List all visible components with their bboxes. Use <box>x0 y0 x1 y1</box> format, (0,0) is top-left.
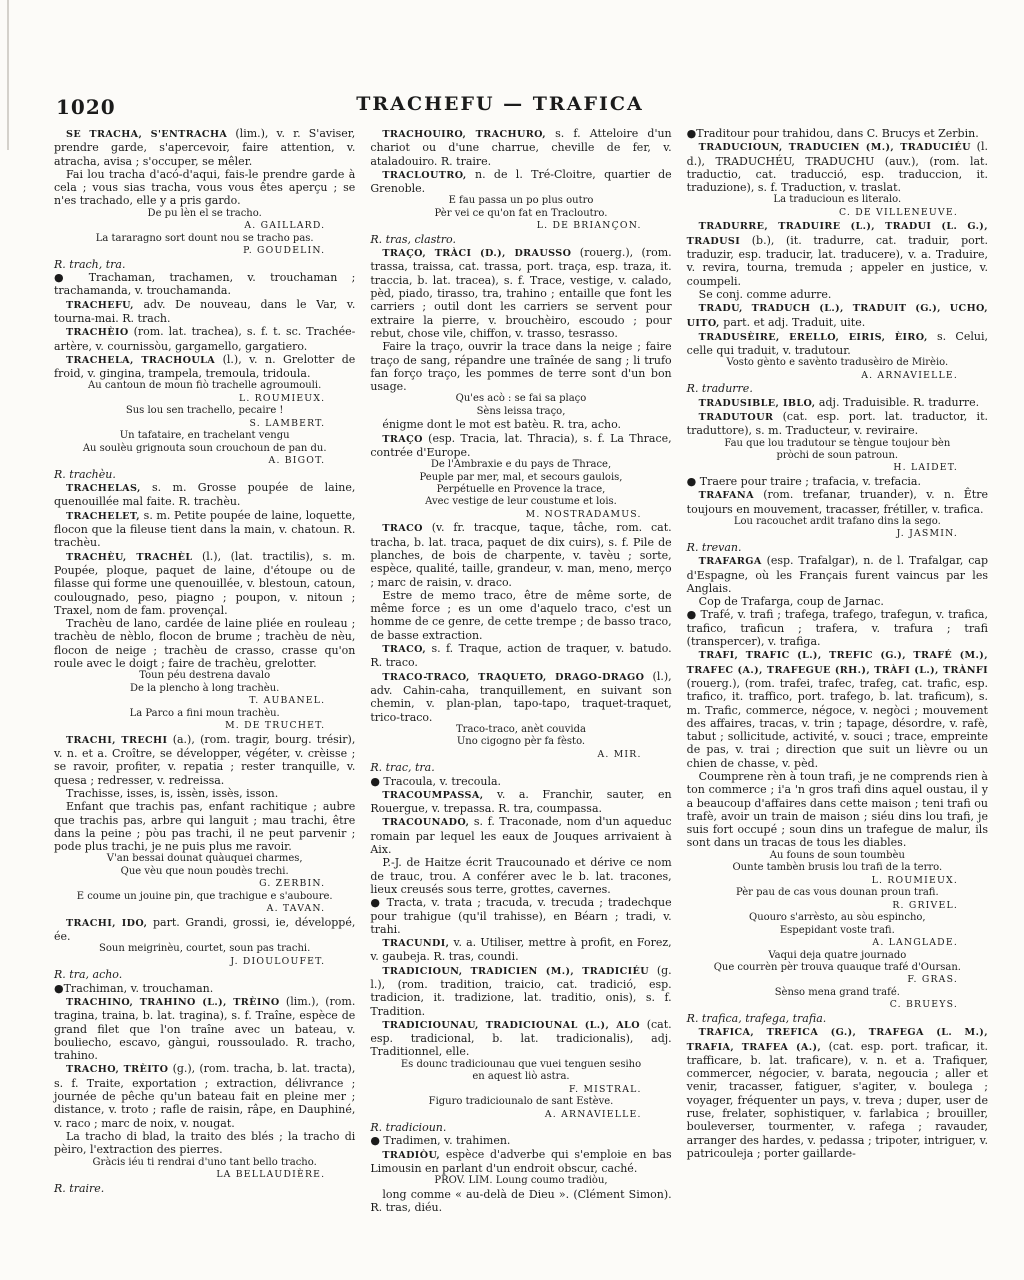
verse-line: Es dounc tradiciounau que vuei tenguen s… <box>370 1059 671 1071</box>
verse-line: Avec vestige de leur coustume et lois. <box>370 496 671 508</box>
dictionary-entry: TRAÇO (esp. Tracia, lat. Thracia), s. f.… <box>370 432 671 460</box>
etymology-reference: R. trac, tra. <box>370 761 671 774</box>
author-attribution: C. DE VILLENEUVE. <box>687 207 988 220</box>
dictionary-entry: SE TRACHA, S'ENTRACHA (lim.), v. r. S'av… <box>54 127 355 168</box>
variant-note: ●Traditour pour trahidou, dans C. Brucys… <box>687 127 988 140</box>
verse-line: Sèns leissa traço, <box>370 406 671 418</box>
example-paragraph: Faire la traço, ouvrir la trace dans la … <box>370 340 671 393</box>
variant-note: ● Trachaman, trachamen, v. trouchaman ; … <box>54 271 355 298</box>
dictionary-entry: TRADUCIOUN, TRADUCIEN (M.), TRADUCIÉU (l… <box>687 140 988 194</box>
dictionary-entry: TRACOUMPASSA, v. a. Franchir, sauter, en… <box>370 788 671 816</box>
variant-note: ● Tracta, v. trata ; tracuda, v. trecuda… <box>370 896 671 936</box>
verse-line: Que courrèn pèr trouva quauque trafé d'O… <box>687 962 988 974</box>
headword: TRACHÈU, TRACHÈL <box>66 552 192 563</box>
dictionary-entry: TRADURRE, TRADUIRE (L.), TRADUI (L. G.),… <box>687 219 988 287</box>
quotation-verse: Lou racouchet ardit trafano dins la sego… <box>687 516 988 528</box>
verse-line: V'an bessai dounat quàuquei charmes, <box>54 853 355 865</box>
author-attribution: M. DE TRUCHET. <box>54 720 355 733</box>
headword: TRADICIOUNAU, TRADICIOUNAL (L.), ALO <box>382 1020 640 1031</box>
dictionary-entry: TRAFICA, TREFICA (G.), TRAFEGA (L. M.), … <box>687 1025 988 1160</box>
etymology-reference: R. trach, tra. <box>54 258 355 271</box>
dictionary-entry: TRAÇO, TRÀCI (D.), DRAUSSO (rouerg.), (r… <box>370 246 671 340</box>
headword: TRACUNDI, <box>382 938 449 949</box>
example-paragraph: énigme dont le mot est batèu. R. tra, ac… <box>370 418 671 431</box>
verse-line: Vaqui deja quatre journado <box>687 950 988 962</box>
headword: TRACO-TRACO, TRAQUETO, DRAGO-DRAGO <box>382 672 644 683</box>
verse-line: Peuple par mer, mal, et secours gaulois, <box>370 472 671 484</box>
quotation-verse: Figuro tradiciounalo de sant Estève. <box>370 1096 671 1108</box>
dictionary-entry: TRACHI, TRECHI (a.), (rom. tragir, bourg… <box>54 733 355 787</box>
headword: TRADUSÈIRE, ERELLO, EIRIS, ÈIRO, <box>699 332 928 343</box>
author-attribution: A. ARNAVIELLE. <box>370 1109 671 1122</box>
author-attribution: F. MISTRAL. <box>370 1084 671 1097</box>
quotation-verse: Quouro s'arrèsto, au sòu espincho,Espepi… <box>687 912 988 937</box>
etymology-reference: R. tra, acho. <box>54 968 355 981</box>
example-paragraph: Coumprene rèn à toun trafi, je ne compre… <box>687 770 988 850</box>
example-paragraph: long comme « au-delà de Dieu ». (Clément… <box>370 1188 671 1215</box>
headword: TRAFANA <box>699 490 754 501</box>
variant-note: ● Traere pour traire ; trafacia, v. tref… <box>687 475 988 488</box>
author-attribution: H. LAIDET. <box>687 462 988 475</box>
quotation-verse: Au cantoun de moun fiò trachelle agroumo… <box>54 380 355 392</box>
author-attribution: A. BIGOT. <box>54 455 355 468</box>
headword: TRACHELA, TRACHOULA <box>66 355 215 366</box>
headword: TRAFICA, TREFICA (G.), TRAFEGA (L. M.), … <box>687 1027 988 1052</box>
headword: TRAÇO <box>382 434 423 445</box>
etymology-reference: R. tras, clastro. <box>370 233 671 246</box>
headword: TRACLOUTRO, <box>382 170 466 181</box>
verse-line: Soun meigrinèu, courtet, soun pas trachi… <box>54 943 355 955</box>
dictionary-entry: TRADICIOUNAU, TRADICIOUNAL (L.), ALO (ca… <box>370 1018 671 1059</box>
dictionary-entry: TRACHOUIRO, TRACHURO, s. f. Atteloire d'… <box>370 127 671 168</box>
headword: TRACHOUIRO, TRACHURO, <box>382 129 546 140</box>
quotation-verse: Soun meigrinèu, courtet, soun pas trachi… <box>54 943 355 955</box>
dictionary-entry: TRADUSIBLE, IBLO, adj. Traduisible. R. t… <box>687 396 988 410</box>
quotation-verse: Es dounc tradiciounau que vuei tenguen s… <box>370 1059 671 1084</box>
headword: TRADU, TRADUCH (L.), TRADUIT (G.), UCHO,… <box>687 303 988 328</box>
scan-artifact <box>7 0 9 150</box>
author-attribution: G. ZERBIN. <box>54 878 355 891</box>
headword: TRACO <box>382 523 423 534</box>
quotation-verse: PROV. LIM. Loung coumo tradiòu, <box>370 1175 671 1187</box>
column-1: SE TRACHA, S'ENTRACHA (lim.), v. r. S'av… <box>54 127 355 1214</box>
dictionary-entry: TRACLOUTRO, n. de l. Tré-Cloitre, quarti… <box>370 168 671 196</box>
quotation-verse: E coume un jouine pin, que trachigue e s… <box>54 891 355 903</box>
dictionary-entry: TRADIÒU, espèce d'adverbe qui s'emploie … <box>370 1148 671 1176</box>
verse-line: Au cantoun de moun fiò trachelle agroumo… <box>54 380 355 392</box>
dictionary-entry: TRAFARGA (esp. Trafalgar), n. de l. Traf… <box>687 554 988 595</box>
author-attribution: A. LANGLADE. <box>687 937 988 950</box>
quotation-verse: La traducioun es literalo. <box>687 194 988 206</box>
author-attribution: S. LAMBERT. <box>54 418 355 431</box>
headword: TRACHI, IDO, <box>66 918 147 929</box>
quotation-verse: Qu'es acò : se fai sa plaçoSèns leissa t… <box>370 393 671 418</box>
dictionary-entry: TRACHÈU, TRACHÈL (l.), (lat. tractilis),… <box>54 550 355 617</box>
quotation-verse: Pèr pau de cas vous dounan proun trafi. <box>687 887 988 899</box>
verse-line: De l'Ambraxie e du pays de Thrace, <box>370 459 671 471</box>
verse-line: Toun péu destrena davalo <box>54 670 355 682</box>
quotation-verse: V'an bessai dounat quàuquei charmes,Que … <box>54 853 355 878</box>
quotation-verse: Sus lou sen trachello, pecaire ! <box>54 405 355 417</box>
verse-line: Lou racouchet ardit trafano dins la sego… <box>687 516 988 528</box>
quotation-verse: Sènso mena grand trafé. <box>687 987 988 999</box>
author-attribution: L. ROUMIEUX. <box>687 875 988 888</box>
quotation-verse: La tararagno sort dount nou se tracho pa… <box>54 233 355 245</box>
verse-line: La Parco a fini moun trachèu. <box>54 708 355 720</box>
column-2: TRACHOUIRO, TRACHURO, s. f. Atteloire d'… <box>370 127 671 1214</box>
dictionary-entry: TRADUSÈIRE, ERELLO, EIRIS, ÈIRO, s. Celu… <box>687 330 988 358</box>
quotation-verse: La Parco a fini moun trachèu. <box>54 708 355 720</box>
dictionary-entry: TRACHINO, TRAHINO (L.), TRÈINO (lim.), (… <box>54 995 355 1062</box>
author-attribution: L. DE BRIANÇON. <box>370 220 671 233</box>
author-attribution: C. BRUEYS. <box>687 999 988 1012</box>
author-attribution: L. ROUMIEUX. <box>54 393 355 406</box>
dictionary-entry: TRACO, s. f. Traque, action de traquer, … <box>370 642 671 670</box>
headword: TRACHEFU, <box>66 300 134 311</box>
verse-line: Pèr pau de cas vous dounan proun trafi. <box>687 887 988 899</box>
author-attribution: P. GOUDELIN. <box>54 245 355 258</box>
author-attribution: J. JASMIN. <box>687 528 988 541</box>
verse-line: Espepidant voste trafi. <box>687 925 988 937</box>
example-paragraph: Fai lou tracha d'acó-d'aqui, fais-le pre… <box>54 168 355 208</box>
headword: TRADICIOUN, TRADICIEN (M.), TRADICIÉU <box>382 966 649 977</box>
quotation-verse: Un tafataire, en trachelant venguAu soul… <box>54 430 355 455</box>
dictionary-entry: TRACHÈIO (rom. lat. trachea), s. f. t. s… <box>54 325 355 353</box>
verse-line: en aquest liò astra. <box>370 1071 671 1083</box>
example-paragraph: Se conj. comme adurre. <box>687 288 988 301</box>
headword: TRADIÒU, <box>382 1150 440 1161</box>
etymology-reference: R. trachèu. <box>54 468 355 481</box>
verse-line: La traducioun es literalo. <box>687 194 988 206</box>
author-attribution: M. NOSTRADAMUS. <box>370 509 671 522</box>
variant-note: ● Trafé, v. trafi ; trafega, trafego, tr… <box>687 608 988 648</box>
verse-line: La tararagno sort dount nou se tracho pa… <box>54 233 355 245</box>
headword: TRADUSIBLE, IBLO, <box>699 398 816 409</box>
headword: TRACHELAS, <box>66 483 141 494</box>
quotation-verse: Au founs de soun toumbèuOunte tambèn bru… <box>687 850 988 875</box>
headword: TRACO, <box>382 644 426 655</box>
column-3: ●Traditour pour trahidou, dans C. Brucys… <box>687 127 988 1214</box>
dictionary-entry: TRACHEFU, adv. De nouveau, dans le Var, … <box>54 298 355 326</box>
verse-line: Sènso mena grand trafé. <box>687 987 988 999</box>
etymology-reference: R. traire. <box>54 1182 355 1195</box>
dictionary-entry: TRACUNDI, v. a. Utiliser, mettre à profi… <box>370 936 671 964</box>
verse-line: Vosto gènto e savènto tradusèiro de Mirè… <box>687 357 988 369</box>
verse-line: Au founs de soun toumbèu <box>687 850 988 862</box>
example-paragraph: Estre de memo traco, être de même sorte,… <box>370 589 671 642</box>
verse-line: Ounte tambèn brusis lou trafi de la terr… <box>687 862 988 874</box>
dictionary-entry: TRADUTOUR (cat. esp. port. lat. traducto… <box>687 410 988 438</box>
example-paragraph: Cop de Trafarga, coup de Jarnac. <box>687 595 988 608</box>
quotation-verse: Gràcis iéu ti rendrai d'uno tant bello t… <box>54 1157 355 1169</box>
headword: TRACHO, TRÈITO <box>66 1064 168 1075</box>
quotation-verse: De pu lèn el se tracho. <box>54 208 355 220</box>
dictionary-entry: TRAFANA (rom. trefanar, truander), v. n.… <box>687 488 988 516</box>
headword: TRAÇO, TRÀCI (D.), DRAUSSO <box>382 248 571 259</box>
verse-line: Fau que lou tradutour se tèngue toujour … <box>687 438 988 450</box>
quotation-verse: Traco-traco, anèt couvidaUno cigogno pèr… <box>370 724 671 749</box>
verse-line: PROV. LIM. Loung coumo tradiòu, <box>370 1175 671 1187</box>
verse-line: Gràcis iéu ti rendrai d'uno tant bello t… <box>54 1157 355 1169</box>
verse-line: E coume un jouine pin, que trachigue e s… <box>54 891 355 903</box>
verse-line: Traco-traco, anèt couvida <box>370 724 671 736</box>
etymology-reference: R. trafica, trafega, trafia. <box>687 1012 988 1025</box>
dictionary-entry: TRACHELAS, s. m. Grosse poupée de laine,… <box>54 481 355 509</box>
quotation-verse: Vosto gènto e savènto tradusèiro de Mirè… <box>687 357 988 369</box>
dictionary-entry: TRACO (v. fr. tracque, taque, tâche, rom… <box>370 521 671 588</box>
author-attribution: A. MIR. <box>370 749 671 762</box>
headword: TRACHINO, TRAHINO (L.), TRÈINO <box>66 997 280 1008</box>
variant-note: ● Tradimen, v. trahimen. <box>370 1134 671 1147</box>
dictionary-entry: TRAFI, TRAFIC (L.), TREFIC (G.), TRAFÉ (… <box>687 648 988 770</box>
etymology-reference: R. tradicioun. <box>370 1121 671 1134</box>
author-attribution: A. TAVAN. <box>54 903 355 916</box>
headword: TRADUTOUR <box>699 412 774 423</box>
example-paragraph: Enfant que trachis pas, enfant rachitiqu… <box>54 800 355 853</box>
headword: TRADURRE, TRADUIRE (L.), TRADUI (L. G.),… <box>687 221 988 246</box>
headword: TRACHELET, <box>66 511 140 522</box>
headword: SE TRACHA, S'ENTRACHA <box>66 129 227 140</box>
dictionary-entry: TRACHELET, s. m. Petite poupée de laine,… <box>54 509 355 550</box>
example-paragraph: Trachisse, isses, is, issèn, issès, isso… <box>54 787 355 800</box>
dictionary-entry: TRADICIOUN, TRADICIEN (M.), TRADICIÉU (g… <box>370 964 671 1018</box>
verse-line: Pèr vei ce qu'on fat en Tracloutro. <box>370 208 671 220</box>
author-attribution: LA BELLAUDIÈRE. <box>54 1169 355 1182</box>
headword: TRACHI, TRECHI <box>66 735 167 746</box>
quotation-verse: Vaqui deja quatre journadoQue courrèn pè… <box>687 950 988 975</box>
quotation-verse: Fau que lou tradutour se tèngue toujour … <box>687 438 988 463</box>
author-attribution: A. GAILLARD. <box>54 220 355 233</box>
verse-line: De pu lèn el se tracho. <box>54 208 355 220</box>
variant-note: ●Trachiman, v. trouchaman. <box>54 982 355 995</box>
author-attribution: A. ARNAVIELLE. <box>687 370 988 383</box>
verse-line: Uno cigogno pèr fa fèsto. <box>370 736 671 748</box>
author-attribution: T. AUBANEL. <box>54 695 355 708</box>
verse-line: E fau passa un po plus outro <box>370 195 671 207</box>
etymology-reference: R. trevan. <box>687 541 988 554</box>
example-paragraph: P.-J. de Haitze écrit Traucounado et dér… <box>370 856 671 896</box>
author-attribution: J. DIOULOUFET. <box>54 956 355 969</box>
verse-line: Que vèu que noun poudès trechi. <box>54 866 355 878</box>
verse-line: Un tafataire, en trachelant vengu <box>54 430 355 442</box>
verse-line: Perpétuelle en Provence la trace, <box>370 484 671 496</box>
dictionary-entry: TRACOUNADO, s. f. Traconade, nom d'un aq… <box>370 815 671 856</box>
dictionary-entry: TRACHELA, TRACHOULA (l.), v. n. Grelotte… <box>54 353 355 381</box>
dictionary-entry: TRACHI, IDO, part. Grandi, grossi, ie, d… <box>54 916 355 944</box>
example-paragraph: La tracho di blad, la traito des blés ; … <box>54 1130 355 1157</box>
scanned-dictionary-page: 1020 TRACHEFU — TRAFICA SE TRACHA, S'ENT… <box>0 0 1024 1280</box>
dictionary-entry: TRACHO, TRÈITO (g.), (rom. tracha, b. la… <box>54 1062 355 1129</box>
headword: TRACHÈIO <box>66 327 129 338</box>
headword: TRAFI, TRAFIC (L.), TREFIC (G.), TRAFÉ (… <box>687 650 988 675</box>
verse-line: pròchi de soun patroun. <box>687 450 988 462</box>
verse-line: Sus lou sen trachello, pecaire ! <box>54 405 355 417</box>
running-head: TRACHEFU — TRAFICA <box>0 93 1000 115</box>
verse-line: Qu'es acò : se fai sa plaço <box>370 393 671 405</box>
verse-line: De la plencho à long trachèu. <box>54 683 355 695</box>
text-columns: SE TRACHA, S'ENTRACHA (lim.), v. r. S'av… <box>54 127 988 1214</box>
headword: TRACOUMPASSA, <box>382 790 483 801</box>
quotation-verse: De l'Ambraxie e du pays de Thrace,Peuple… <box>370 459 671 509</box>
quotation-verse: Toun péu destrena davaloDe la plencho à … <box>54 670 355 695</box>
variant-note: ● Tracoula, v. trecoula. <box>370 775 671 788</box>
quotation-verse: E fau passa un po plus outroPèr vei ce q… <box>370 195 671 220</box>
headword: TRACOUNADO, <box>382 817 469 828</box>
headword: TRAFARGA <box>699 556 762 567</box>
dictionary-entry: TRADU, TRADUCH (L.), TRADUIT (G.), UCHO,… <box>687 301 988 330</box>
verse-line: Quouro s'arrèsto, au sòu espincho, <box>687 912 988 924</box>
dictionary-entry: TRACO-TRACO, TRAQUETO, DRAGO-DRAGO (l.),… <box>370 670 671 724</box>
headword: TRADUCIOUN, TRADUCIEN (M.), TRADUCIÉU <box>699 142 971 153</box>
author-attribution: F. GRAS. <box>687 974 988 987</box>
verse-line: Au soulèu grignouta soun crouchoun de pa… <box>54 443 355 455</box>
etymology-reference: R. tradurre. <box>687 382 988 395</box>
author-attribution: R. GRIVEL. <box>687 900 988 913</box>
verse-line: Figuro tradiciounalo de sant Estève. <box>370 1096 671 1108</box>
example-paragraph: Trachèu de lano, cardée de laine pliée e… <box>54 617 355 670</box>
